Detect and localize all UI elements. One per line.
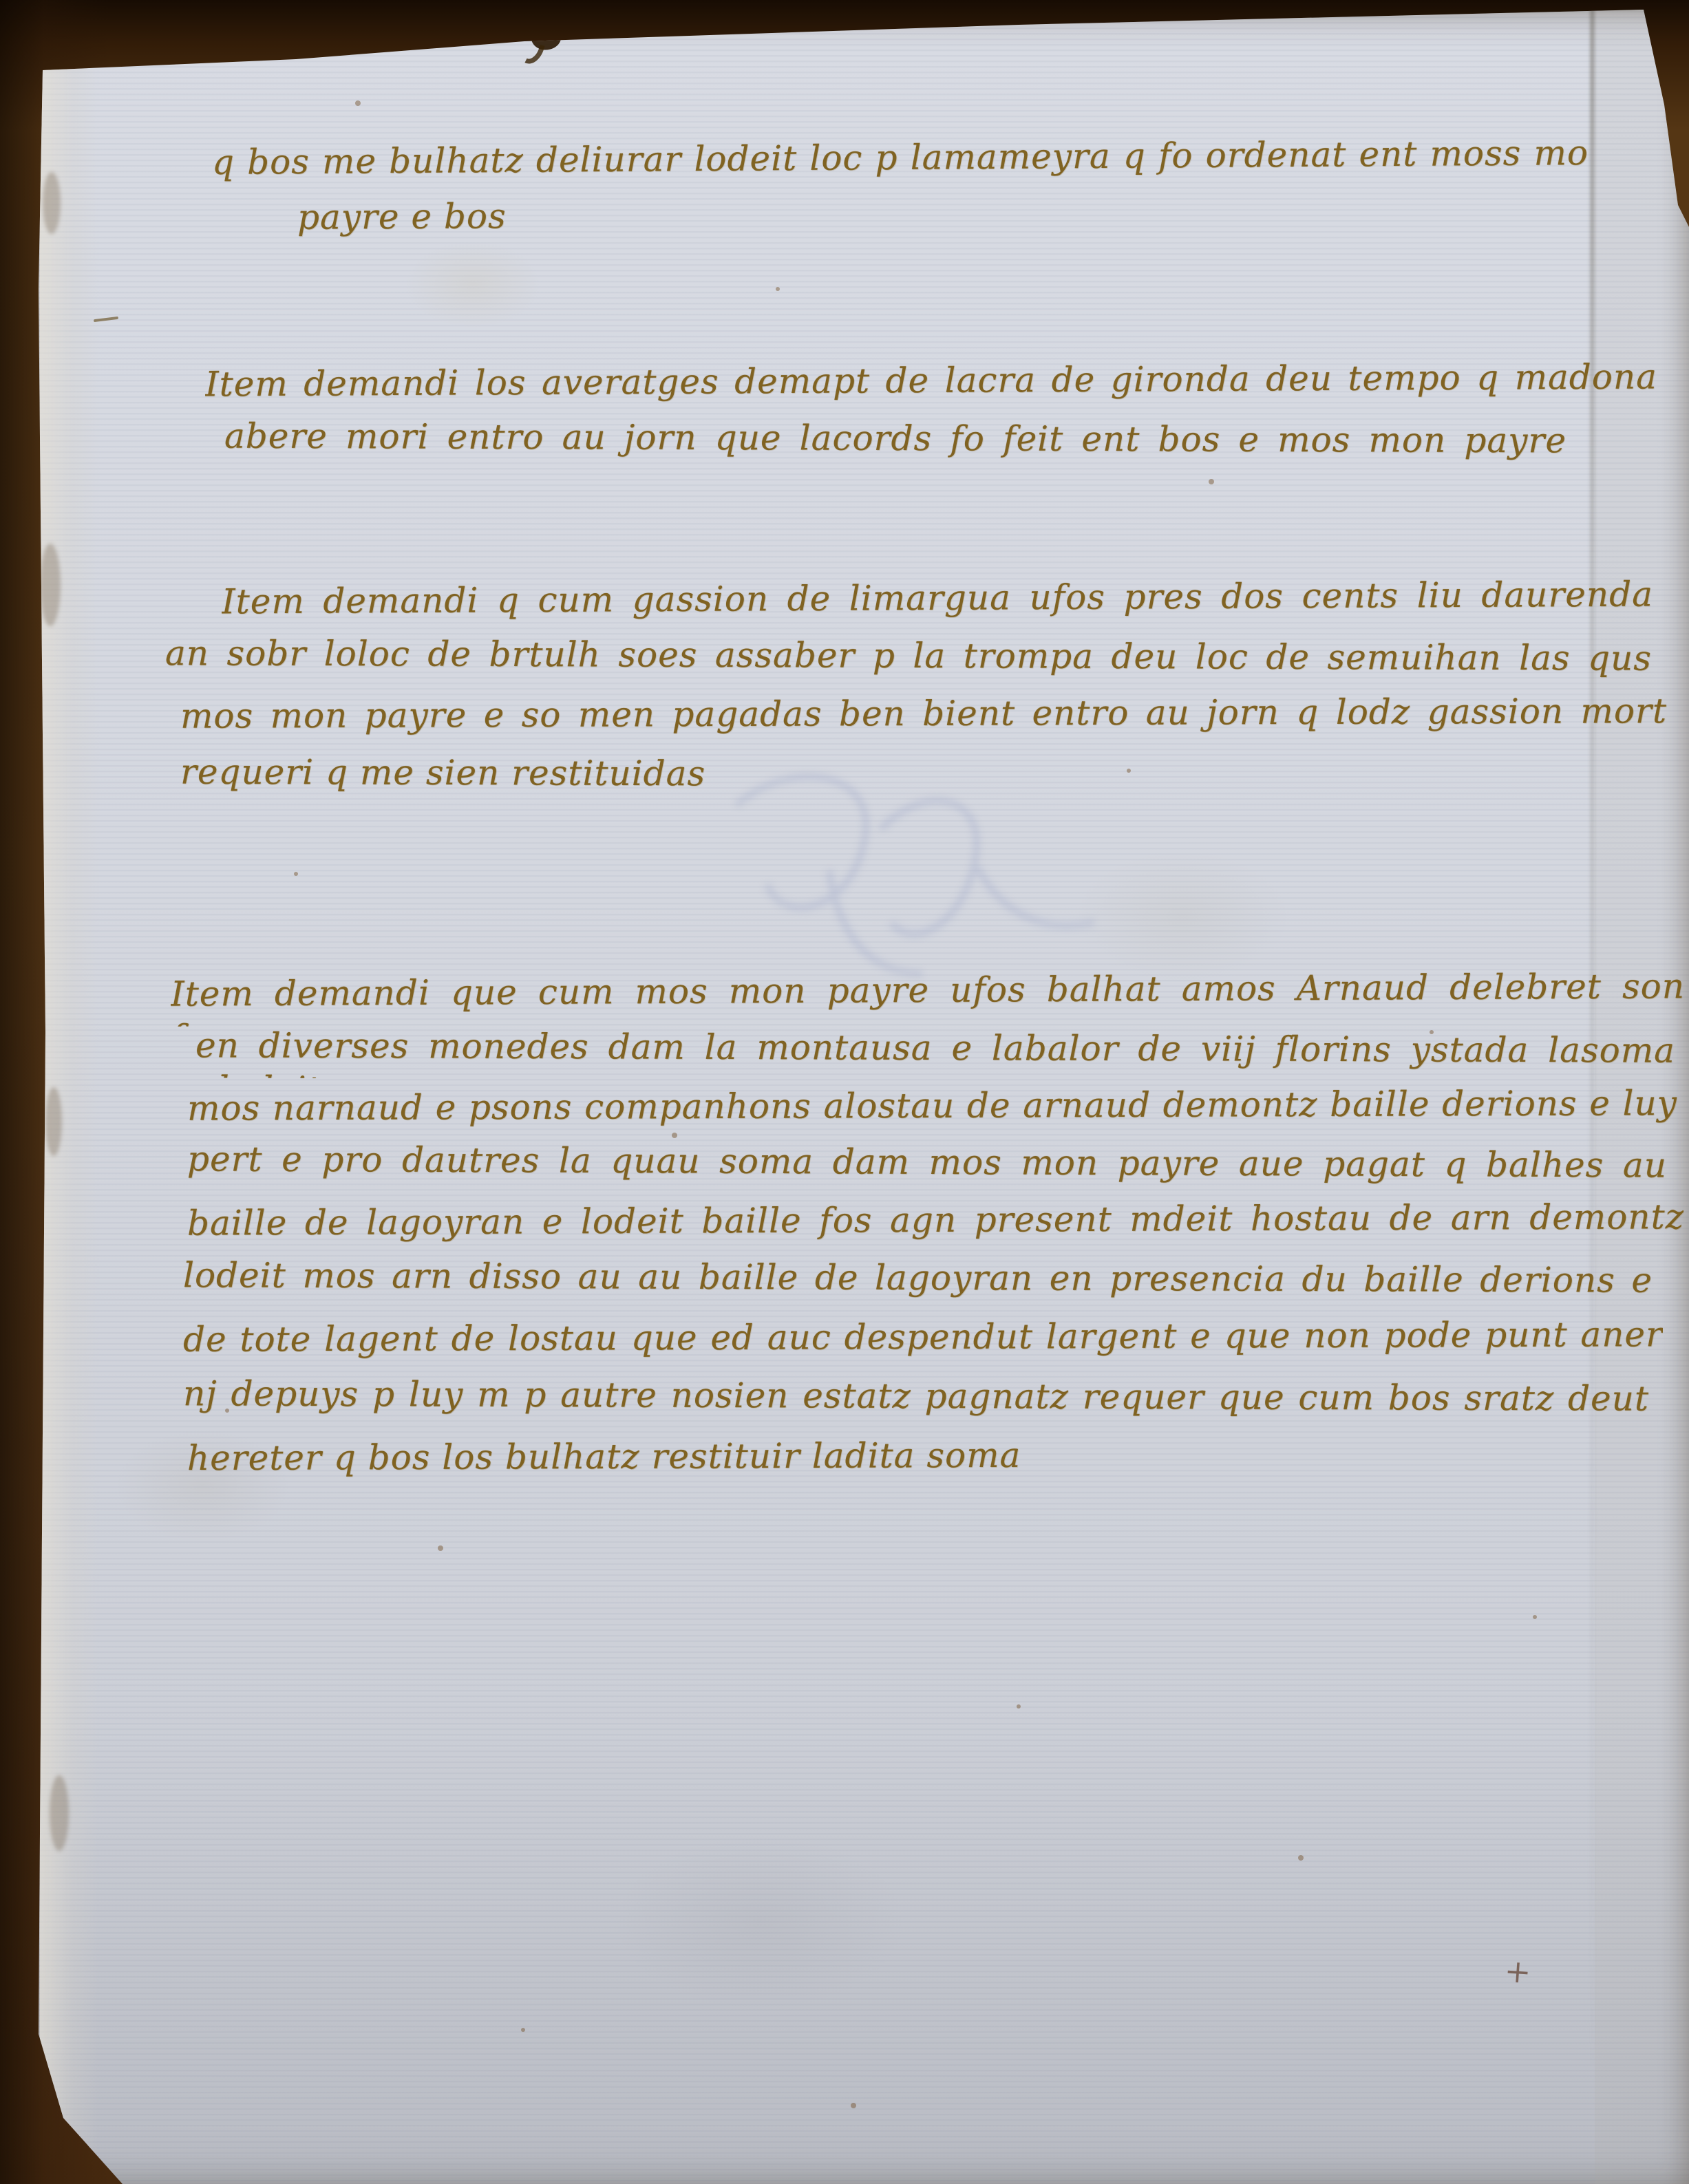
manuscript-line: pert e pro dautres la quau soma dam mos … bbox=[187, 1137, 1667, 1187]
manuscript-line: requeri q me sien restituidas bbox=[180, 751, 705, 795]
manuscript-line: baille de lagoyran e lodeit baille fos a… bbox=[187, 1195, 1684, 1245]
manuscript-line: an sobr loloc de brtulh soes assaber p l… bbox=[165, 632, 1652, 680]
manuscript-line: mos mon payre e so men pagadas ben bient… bbox=[180, 689, 1667, 738]
manuscript-line: nj depuys p luy m p autre nosien estatz … bbox=[183, 1372, 1649, 1420]
manuscript-line: Item demandi los averatges demapt de lac… bbox=[205, 355, 1657, 416]
manuscript-line: lodeit mos arn disso au au baille de lag… bbox=[183, 1254, 1653, 1302]
manuscript-line: hereter q bos los bulhatz restituir ladi… bbox=[187, 1434, 1021, 1480]
manuscript-line: en diverses monedes dam la montausa e la… bbox=[195, 1024, 1675, 1083]
cross-mark: + bbox=[1503, 1952, 1532, 1991]
manuscript-line: de tote lagent de lostau que ed auc desp… bbox=[183, 1313, 1663, 1361]
manuscript-line: Item demandi q cum gassion de limargua u… bbox=[222, 573, 1653, 634]
paper-sheet: q bos me bulhatz deliurar lodeit loc p l… bbox=[0, 0, 1689, 2184]
manuscript-line: mos narnaud e psons companhons alostau d… bbox=[187, 1082, 1677, 1130]
manuscript-line: abere mori entro au jorn que lacords fo … bbox=[224, 415, 1566, 462]
manuscript-photo: q bos me bulhatz deliurar lodeit loc p l… bbox=[0, 0, 1689, 2184]
manuscript-line: payre e bos bbox=[297, 195, 507, 239]
manuscript-line: Item demandi que cum mos mon payre ufos … bbox=[171, 965, 1685, 1027]
